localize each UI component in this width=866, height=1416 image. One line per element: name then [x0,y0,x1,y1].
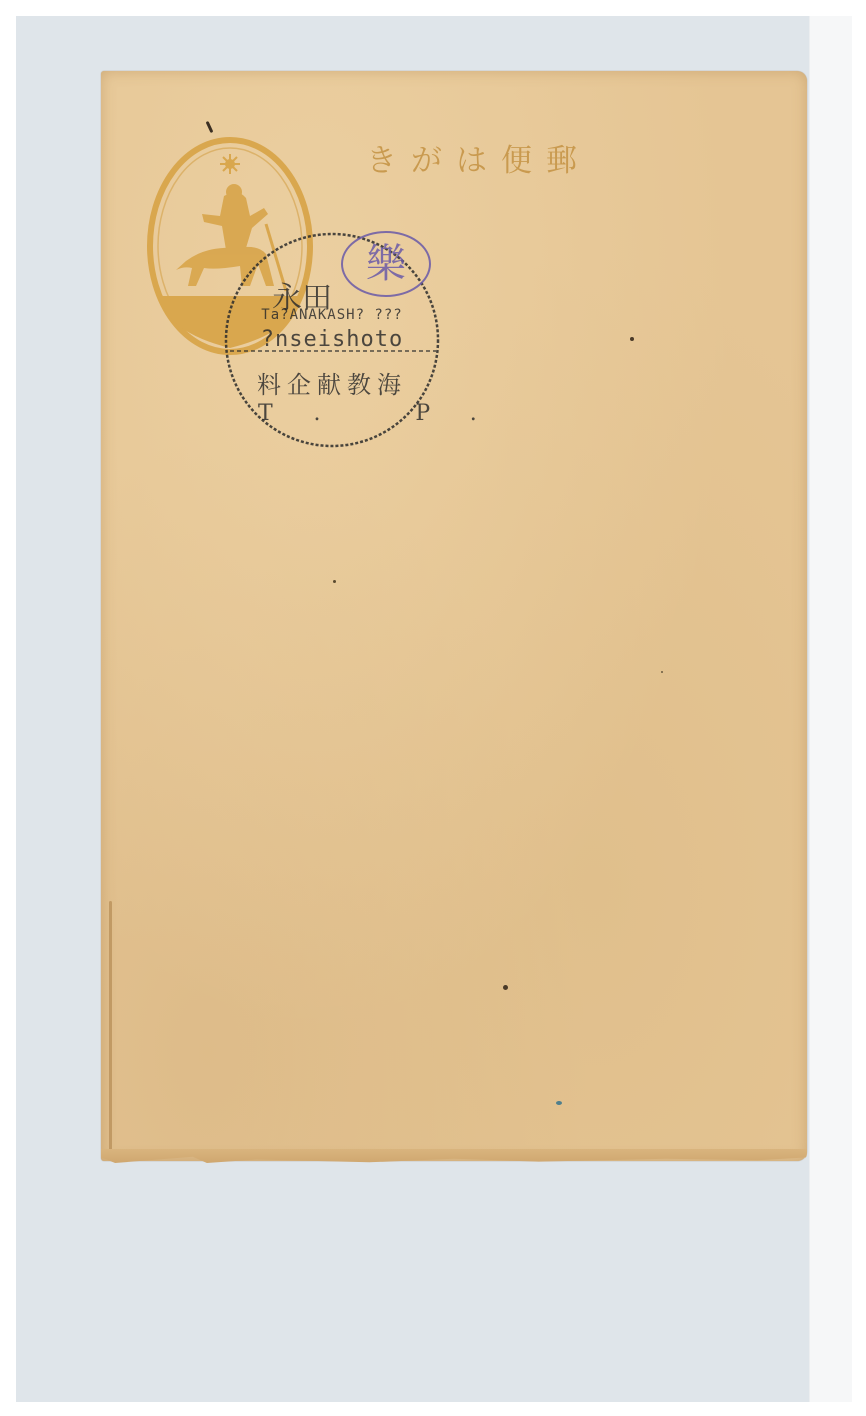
ink-speck [333,580,336,583]
postmark-bottom-text: T. P. [218,401,486,426]
postcard-title: 郵便はがき [351,135,591,180]
ink-speck [630,337,634,341]
postmark-kanji-line: 海教献企料 [218,365,446,400]
postmark-roman-line-1: Ta?ANAKASH? ??? [218,307,446,323]
ink-speck [503,985,508,990]
postcard: 郵便はがき [101,71,807,1161]
ink-speck [661,671,663,673]
ink-mark [206,121,214,133]
purple-seal: 樂 [341,231,431,297]
ink-speck [556,1101,562,1105]
scanner-edge-strip [809,16,852,1402]
postmark-roman-line-2: ?nseishoto [218,327,446,352]
worn-edge [109,901,112,1151]
